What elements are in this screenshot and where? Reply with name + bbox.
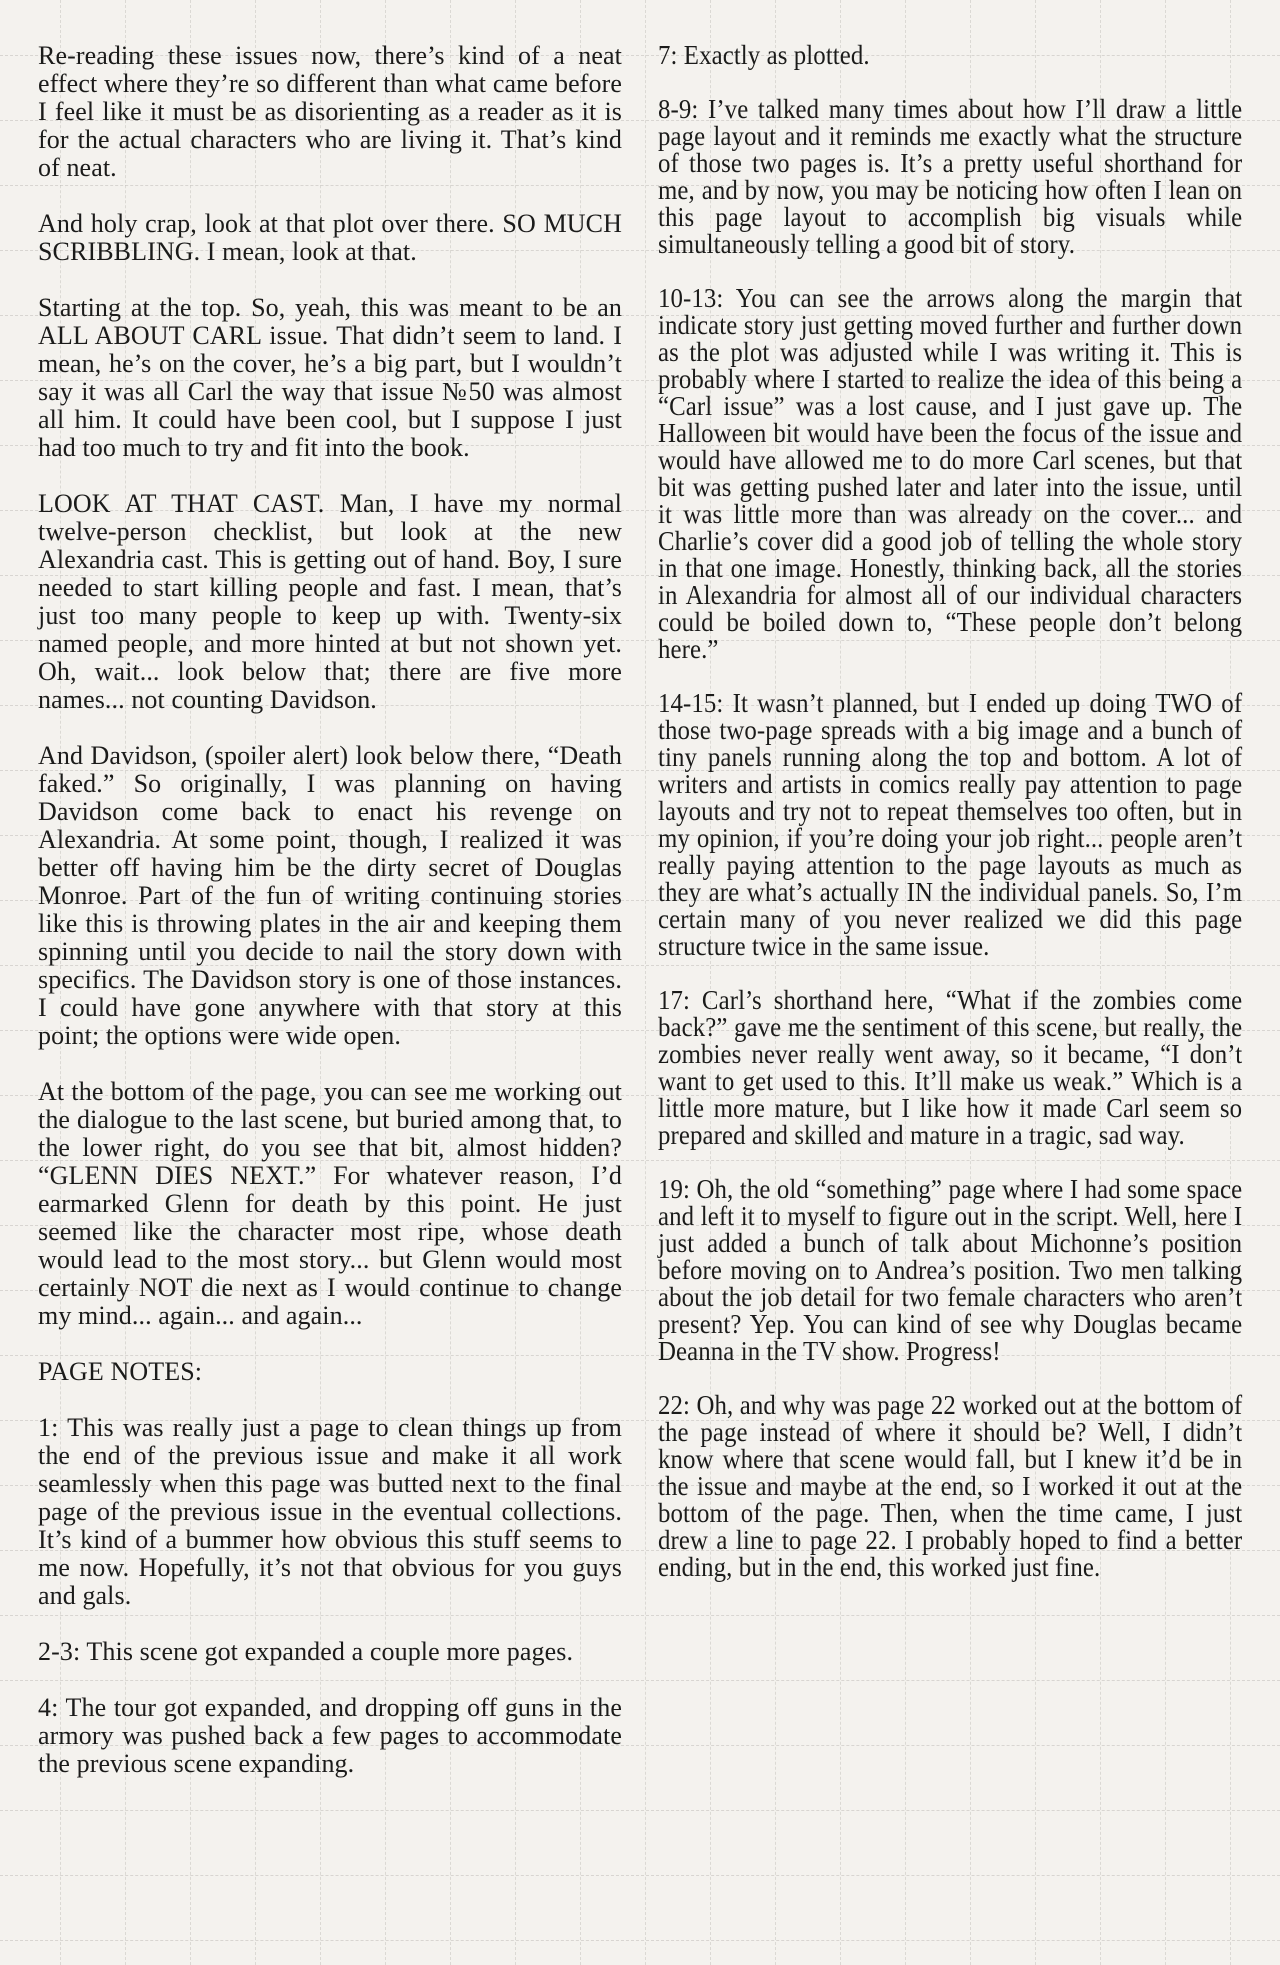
paragraph: 22: Oh, and why was page 22 worked out a… [658,1392,1242,1581]
paragraph: 7: Exactly as plotted. [658,42,1242,69]
grid-hline [0,1875,1280,1876]
paragraph: 10-13: You can see the arrows along the … [658,285,1242,663]
paragraph: 14-15: It wasn’t planned, but I ended up… [658,690,1242,960]
paragraph: At the bottom of the page, you can see m… [38,1078,622,1330]
left-column: Re-reading these issues now, there’s kin… [38,42,622,1806]
paragraph: Starting at the top. So, yeah, this was … [38,294,622,462]
grid-vline [645,0,646,1965]
paragraph: 4: The tour got expanded, and dropping o… [38,1694,622,1778]
paragraph: Re-reading these issues now, there’s kin… [38,42,622,182]
grid-hline [0,1940,1280,1941]
grid-hline [0,1810,1280,1811]
paragraph: And holy crap, look at that plot over th… [38,210,622,266]
right-column-text: 7: Exactly as plotted.8-9: I’ve talked m… [658,42,1242,1581]
paragraph: 1: This was really just a page to clean … [38,1414,622,1610]
paragraph: 17: Carl’s shorthand here, “What if the … [658,987,1242,1149]
right-column: 7: Exactly as plotted.8-9: I’ve talked m… [658,42,1242,1608]
paragraph: LOOK AT THAT CAST. Man, I have my normal… [38,490,622,714]
paragraph: 2-3: This scene got expanded a couple mo… [38,1638,622,1666]
paragraph: And Davidson, (spoiler alert) look below… [38,742,622,1050]
paragraph: 8-9: I’ve talked many times about how I’… [658,96,1242,258]
letters-page: Re-reading these issues now, there’s kin… [0,0,1280,1965]
paragraph: PAGE NOTES: [38,1358,622,1386]
paragraph: 19: Oh, the old “something” page where I… [658,1176,1242,1365]
